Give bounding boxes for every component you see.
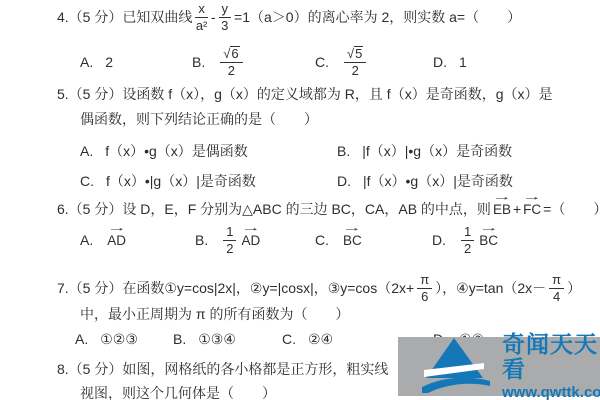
q6-option-c-label: C. bbox=[315, 232, 329, 248]
q4-option-a: A.2 bbox=[80, 42, 113, 82]
radicand: 6 bbox=[230, 46, 239, 61]
q4-option-b: B.√62 bbox=[192, 42, 246, 82]
q5-option-a-text: f（x）•g（x）是偶函数 bbox=[105, 141, 248, 161]
q6-option-b: B.12→AD bbox=[195, 224, 262, 256]
q7-option-c: C.②④ bbox=[282, 328, 333, 350]
q6-option-a: A.→AD bbox=[80, 224, 128, 256]
q5-option-d-text: |f（x）•g（x）|是奇函数 bbox=[363, 171, 513, 191]
q6-option-a-value: →AD bbox=[105, 233, 128, 248]
math-text: =1（a＞0）的离心率为 2，则实数 a=（ ） bbox=[234, 7, 521, 27]
q5-option-a: A.f（x）•g（x）是偶函数 bbox=[80, 140, 248, 162]
math-text: ） bbox=[567, 278, 581, 298]
q5-option-c: C.f（x）•|g（x）|是奇函数 bbox=[80, 170, 256, 192]
q6-option-a-label: A. bbox=[80, 232, 93, 248]
q6-option-c: C.→BC bbox=[315, 224, 364, 256]
radical-sign: √ bbox=[223, 47, 230, 61]
q7-option-a-label: A. bbox=[75, 331, 88, 347]
watermark-site-url: www.qwttk.com bbox=[502, 384, 600, 400]
question-5-options-row2: C.f（x）•|g（x）|是奇函数 D.|f（x）•g（x）|是奇函数 bbox=[0, 170, 600, 192]
q4-option-b-value: √62 bbox=[217, 46, 245, 78]
q5-option-c-text: f（x）•|g（x）|是奇函数 bbox=[106, 171, 256, 191]
q6-option-d: D.12→BC bbox=[432, 224, 500, 256]
question-6-options: A.→AD B.12→AD C.→BC D.12→BC bbox=[0, 224, 600, 256]
q5-option-c-label: C. bbox=[80, 173, 94, 189]
q5-option-b: B.|f（x）|•g（x）是奇函数 bbox=[337, 140, 512, 162]
q4-option-c-value: √52 bbox=[341, 46, 369, 78]
q4-option-b-label: B. bbox=[192, 54, 205, 70]
vector-arrow-icon: → bbox=[342, 223, 362, 233]
watermark-texts: 奇闻天天看 www.qwttk.com bbox=[502, 332, 600, 400]
math-text: 6.（5 分）设 D，E，F 分别为△ABC 的三边 BC，CA，AB 的中点，… bbox=[57, 199, 491, 219]
vector-arrow-icon: → bbox=[479, 223, 499, 233]
math-text: =（ ） bbox=[543, 199, 600, 219]
vector-notation: →EB bbox=[493, 202, 511, 217]
question-5-stem-line2: 偶函数，则下列结论正确的是（ ） bbox=[80, 109, 318, 129]
question-8-stem-line1: 8.（5 分）如图，网格纸的各小格都是正方形，粗实线 bbox=[57, 359, 388, 379]
question-8-stem-line2: 视图，则这个几何体是（ ） bbox=[80, 383, 276, 400]
vector-notation: →AD bbox=[241, 233, 260, 248]
q4-option-d: D.1 bbox=[433, 42, 467, 82]
vector-notation: →BC bbox=[343, 233, 362, 248]
q4-option-c: C.√52 bbox=[315, 42, 369, 82]
vector-notation: →AD bbox=[107, 233, 126, 248]
q5-option-b-label: B. bbox=[337, 143, 350, 159]
question-4-options: A.2 B.√62 C.√52 D.1 bbox=[0, 42, 600, 82]
radical-sign: √ bbox=[347, 47, 354, 61]
q4-option-a-value: 2 bbox=[105, 54, 113, 70]
q7-option-c-text: ②④ bbox=[308, 331, 333, 348]
watermark-banner: 奇闻天天看 www.qwttk.com bbox=[398, 337, 600, 396]
vector-arrow-icon: → bbox=[107, 223, 127, 233]
math-text: 2 bbox=[105, 54, 113, 70]
question-4-stem: 4.（5 分）已知双曲线xa²-y3=1（a＞0）的离心率为 2，则实数 a=（… bbox=[57, 0, 521, 35]
math-text: 7.（5 分）在函数①y=cos|2x|，②y=|cosx|，③y=cos（2x… bbox=[57, 278, 414, 298]
fraction: xa² bbox=[195, 2, 208, 33]
question-5-options-row1: A.f（x）•g（x）是偶函数 B.|f（x）|•g（x）是奇函数 bbox=[0, 140, 600, 162]
q6-option-b-value: 12→AD bbox=[220, 225, 262, 256]
math-text: + bbox=[513, 199, 521, 219]
question-7-stem-line2: 中，最小正周期为 π 的所有函数为（ ） bbox=[80, 304, 349, 324]
q7-option-b-text: ①③④ bbox=[198, 331, 236, 348]
q6-option-d-label: D. bbox=[432, 232, 446, 248]
exam-paper-page: 4.（5 分）已知双曲线xa²-y3=1（a＞0）的离心率为 2，则实数 a=（… bbox=[0, 0, 600, 400]
math-text: - bbox=[211, 7, 216, 27]
q4-option-d-label: D. bbox=[433, 54, 447, 70]
vector-notation: →FC bbox=[523, 202, 541, 217]
fraction: 12 bbox=[223, 225, 236, 256]
watermark-brand-text: 奇闻天天看 bbox=[502, 332, 600, 382]
q5-option-b-text: |f（x）|•g（x）是奇函数 bbox=[362, 141, 512, 161]
q5-option-d-label: D. bbox=[337, 173, 351, 189]
sqrt-fraction: √62 bbox=[220, 46, 242, 78]
q6-option-b-label: B. bbox=[195, 232, 208, 248]
math-text: ），④y=tan（2x－ bbox=[435, 278, 546, 298]
fraction: y3 bbox=[219, 2, 232, 33]
q7-option-a-text: ①②③ bbox=[100, 331, 138, 348]
q4-option-c-label: C. bbox=[315, 54, 329, 70]
radicand: 5 bbox=[354, 46, 363, 61]
q6-option-d-value: 12→BC bbox=[458, 225, 500, 256]
q7-option-c-label: C. bbox=[282, 331, 296, 347]
question-5-stem-line1: 5.（5 分）设函数 f（x），g（x）的定义域都为 R，且 f（x）是奇函数，… bbox=[57, 84, 552, 104]
math-text: 1 bbox=[459, 54, 467, 70]
vector-arrow-icon: → bbox=[241, 223, 261, 233]
q4-option-a-label: A. bbox=[80, 54, 93, 70]
qwttk-logo-icon bbox=[420, 337, 492, 396]
sqrt-fraction: √52 bbox=[344, 46, 366, 78]
q4-option-d-value: 1 bbox=[459, 54, 467, 70]
fraction: π4 bbox=[549, 273, 564, 304]
q5-option-a-label: A. bbox=[80, 143, 93, 159]
fraction: 12 bbox=[461, 225, 474, 256]
vector-arrow-icon: → bbox=[492, 192, 512, 202]
q5-option-d: D.|f（x）•g（x）|是奇函数 bbox=[337, 170, 513, 192]
fraction: π6 bbox=[417, 273, 432, 304]
vector-arrow-icon: → bbox=[522, 192, 542, 202]
q7-option-b-label: B. bbox=[173, 331, 186, 347]
question-7-stem: 7.（5 分）在函数①y=cos|2x|，②y=|cosx|，③y=cos（2x… bbox=[57, 270, 581, 306]
q7-option-a: A.①②③ bbox=[75, 328, 138, 350]
math-text: 4.（5 分）已知双曲线 bbox=[57, 7, 192, 27]
vector-notation: →BC bbox=[479, 233, 498, 248]
q6-option-c-value: →BC bbox=[341, 233, 364, 248]
question-6-stem: 6.（5 分）设 D，E，F 分别为△ABC 的三边 BC，CA，AB 的中点，… bbox=[57, 198, 600, 220]
q7-option-b: B.①③④ bbox=[173, 328, 236, 350]
